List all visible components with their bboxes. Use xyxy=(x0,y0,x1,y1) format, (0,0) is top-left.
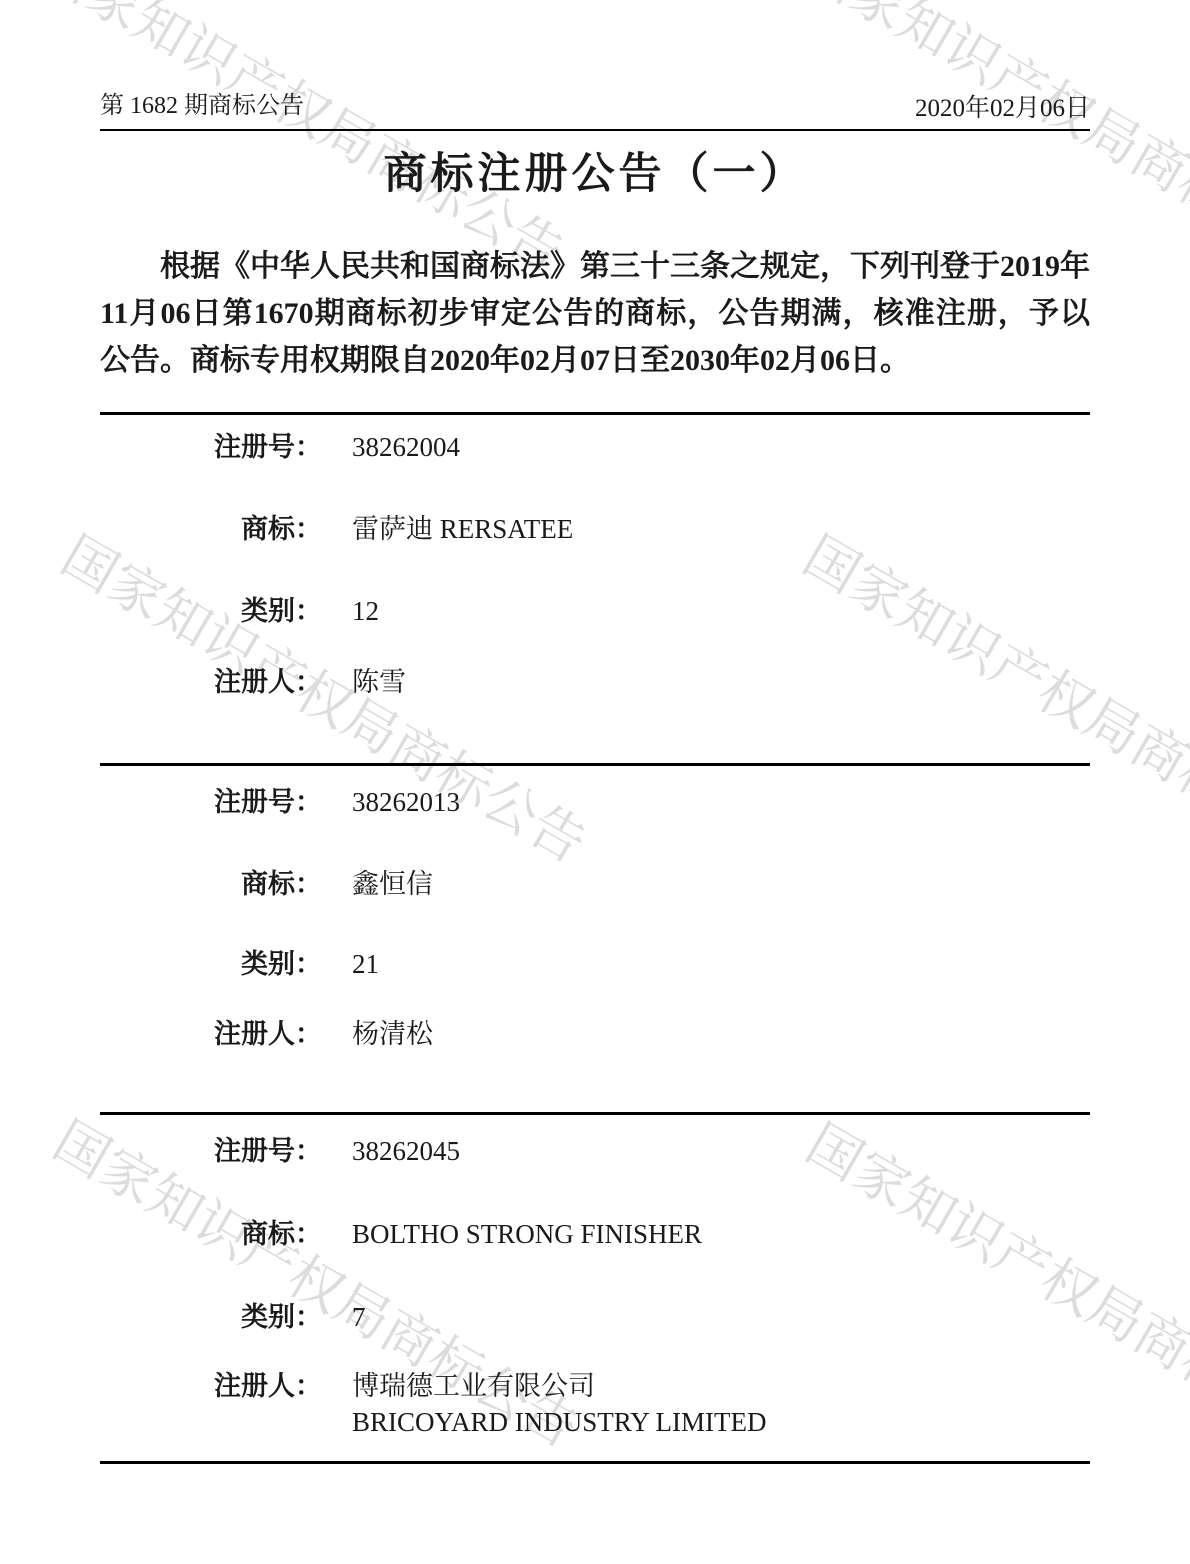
field-label-class: 类别： xyxy=(100,948,322,980)
field-value-class: 7 xyxy=(352,1301,366,1333)
intro-paragraph: 根据《中华人民共和国商标法》第三十三条之规定，下列刊登于2019年 11月06日… xyxy=(100,243,1090,384)
watermark-text: 国家知识产权局商标公告 xyxy=(53,528,594,872)
issue-number: 第 1682 期商标公告 xyxy=(100,93,304,119)
entry-row-class: 类别：12 xyxy=(100,595,1090,627)
intro-line-2: 11月06日第1670期商标初步审定公告的商标，公告期满，核准注册，予以 xyxy=(100,290,1090,337)
entry-row-registrant: 注册人：博瑞德工业有限公司 xyxy=(100,1370,1090,1402)
trademark-gazette-page: 国家知识产权局商标公告 国家知识产权局商标公告 国家知识产权局商标公告 国家知识… xyxy=(0,0,1190,1564)
entry-row-trademark: 商标：鑫恒信 xyxy=(100,868,1090,900)
field-value-reg-no: 38262013 xyxy=(352,786,460,818)
entry-row-trademark: 商标：雷萨迪 RERSATEE xyxy=(100,513,1090,545)
field-value-class: 21 xyxy=(352,948,379,980)
field-value-reg-no: 38262045 xyxy=(352,1135,460,1167)
field-label-registrant: 注册人： xyxy=(100,1370,322,1402)
watermark-text: 国家知识产权局商标公告 xyxy=(31,0,572,282)
field-value-trademark: 鑫恒信 xyxy=(352,868,433,900)
field-value-reg-no: 38262004 xyxy=(352,431,460,463)
field-label-trademark: 商标： xyxy=(100,868,322,900)
entry-row-trademark: 商标：BOLTHO STRONG FINISHER xyxy=(100,1218,1090,1250)
field-label-reg-no: 注册号： xyxy=(100,431,322,463)
publication-date: 2020年02月06日 xyxy=(915,95,1090,123)
entry-row-class: 类别：7 xyxy=(100,1301,1090,1333)
entry-row-reg-no: 注册号：38262004 xyxy=(100,431,1090,463)
section-divider xyxy=(100,1112,1090,1115)
field-label-reg-no: 注册号： xyxy=(100,786,322,818)
section-divider xyxy=(100,412,1090,415)
field-label-trademark: 商标： xyxy=(100,1218,322,1250)
entry-row-class: 类别：21 xyxy=(100,948,1090,980)
page-title: 商标注册公告（一） xyxy=(100,148,1090,202)
field-value-registrant-en: BRICOYARD INDUSTRY LIMITED xyxy=(352,1406,767,1438)
field-label-class: 类别： xyxy=(100,595,322,627)
intro-line-3: 公告。商标专用权期限自2020年02月07日至2030年02月06日。 xyxy=(100,337,1090,384)
watermark-text: 国家知识产权局商标公告 xyxy=(795,0,1190,282)
field-value-trademark: 雷萨迪 RERSATEE xyxy=(352,513,573,545)
field-label-registrant: 注册人： xyxy=(100,666,322,698)
intro-line-1: 根据《中华人民共和国商标法》第三十三条之规定，下列刊登于2019年 xyxy=(100,243,1090,290)
watermark-text: 国家知识产权局商标公告 xyxy=(798,1116,1190,1460)
entry-row-registrant: 注册人：杨清松 xyxy=(100,1018,1090,1050)
field-value-trademark: BOLTHO STRONG FINISHER xyxy=(352,1218,702,1250)
field-value-registrant: 博瑞德工业有限公司 xyxy=(352,1370,595,1402)
field-label-trademark: 商标： xyxy=(100,513,322,545)
field-label-registrant: 注册人： xyxy=(100,1018,322,1050)
entry-row-registrant: 注册人：陈雪 xyxy=(100,666,1090,698)
entry-row-reg-no: 注册号：38262013 xyxy=(100,786,1090,818)
field-value-registrant: 陈雪 xyxy=(352,666,406,698)
entry-row-reg-no: 注册号：38262045 xyxy=(100,1135,1090,1167)
field-value-class: 12 xyxy=(352,595,379,627)
watermark-text: 国家知识产权局商标公告 xyxy=(795,528,1190,872)
field-value-registrant: 杨清松 xyxy=(352,1018,433,1050)
section-divider xyxy=(100,1461,1090,1464)
header-rule xyxy=(100,129,1090,131)
field-label-reg-no: 注册号： xyxy=(100,1135,322,1167)
field-label-class: 类别： xyxy=(100,1301,322,1333)
section-divider xyxy=(100,763,1090,766)
